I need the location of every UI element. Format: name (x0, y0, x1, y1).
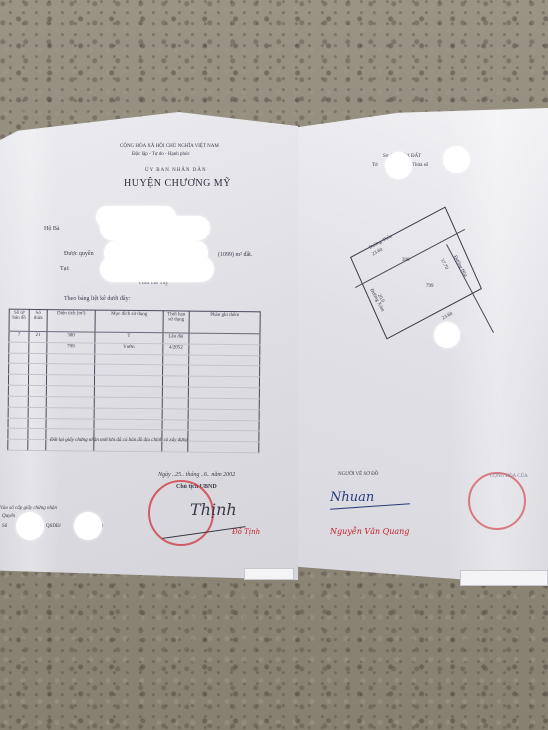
district-title: HUYỆN CHƯƠNG MỸ (124, 178, 231, 189)
rights-area: (1099) m² đất. (218, 252, 252, 258)
table-footnote: Đất lại giấy chứng nhận mới khi đã có bả… (50, 438, 188, 443)
redaction-blob (443, 146, 470, 173)
chairman-signature: Thịnh (190, 500, 237, 519)
sheet-label: Tờ (372, 163, 378, 168)
location-prefix: Tại: (60, 266, 70, 272)
redaction-blob (16, 512, 44, 540)
drawer-signature: Nhuan (330, 490, 374, 505)
national-motto: Độc lập - Tự do - Hạnh phúc (132, 152, 190, 157)
redaction-blob (100, 256, 214, 282)
parcel-area-value: 300 (402, 258, 410, 263)
parcel-area-value: 799 (426, 284, 434, 289)
plastic-sleeve-edge (244, 568, 294, 580)
stamp-signer-note: Đỗ Tịnh (232, 528, 260, 536)
redaction-blob (100, 216, 210, 240)
drawer-label: NGƯỜI VẼ SƠ ĐỒ (338, 472, 378, 477)
col-map-sheet: Số tờ bản đồ (9, 309, 29, 331)
stamp-header-text: CỘNG HÒA CỦA (490, 474, 528, 479)
holder-prefix: Hộ Bà (44, 226, 60, 232)
col-purpose: Mục đích sử dụng (95, 310, 163, 333)
rights-prefix: Được quyền (64, 251, 94, 257)
col-term: Thời hạn sử dụng (163, 311, 189, 333)
table-caption: Theo bảng liệt kê dưới đây: (64, 296, 130, 302)
parcel-label: Thửa số (412, 163, 428, 168)
redaction-blob (385, 152, 412, 179)
drawer-name: Nguyễn Văn Quang (330, 527, 409, 536)
issue-date: Ngày ..25.. tháng ..6.. năm 2002 (158, 472, 235, 478)
plastic-sleeve-edge (460, 570, 548, 586)
registry-volume: Quyển (2, 514, 15, 519)
col-area: Diện tích (m²) (47, 310, 95, 333)
registry-code: QSDĐ/ (46, 524, 61, 529)
col-notes: Phần ghi thêm (189, 311, 260, 334)
land-parcel-table: Số tờ bản đồ Số thửa Diện tích (m²) Mục … (7, 309, 260, 454)
col-parcel-no: Số thửa (29, 309, 47, 331)
issuer-label: ỦY BAN NHÂN DÂN (145, 168, 207, 173)
registry-label: Vào sổ cấp giấy chứng nhận (0, 506, 57, 511)
redaction-blob (74, 512, 102, 540)
redaction-blob (434, 322, 460, 348)
national-header: CỘNG HÒA XÃ HỘI CHỦ NGHĨA VIỆT NAM (120, 144, 219, 149)
registry-number-prefix: Số (2, 524, 7, 529)
right-red-stamp (468, 472, 526, 530)
